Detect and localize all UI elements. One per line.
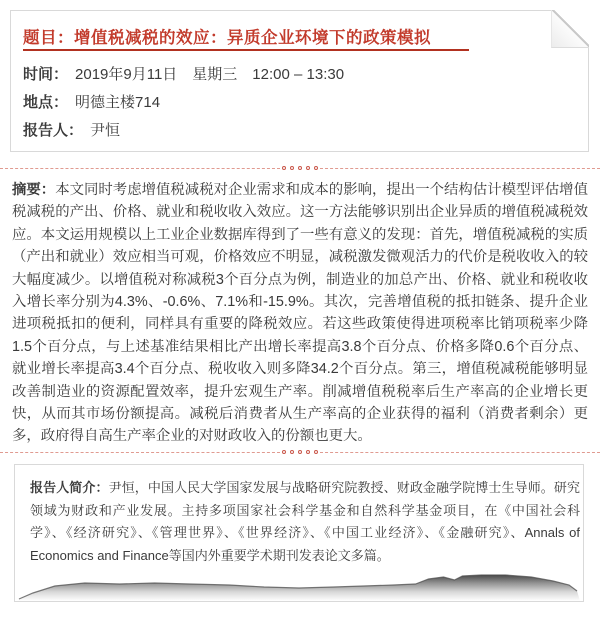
divider-ring-icon	[298, 450, 302, 454]
divider-ring-icon	[290, 450, 294, 454]
bio-text: 尹恒，中国人民大学国家发展与战略研究院教授、财政金融学院博士生导师。研究领域为财…	[30, 480, 580, 563]
bio-paragraph: 报告人简介：尹恒，中国人民大学国家发展与战略研究院教授、财政金融学院博士生导师。…	[30, 477, 580, 567]
divider-ring-icon	[282, 166, 286, 170]
info-row-time: 时间： 2019年9月11日 星期三 12:00 – 13:30	[23, 61, 344, 89]
abstract-text: 本文同时考虑增值税减税对企业需求和成本的影响，提出一个结构估计模型评估增值税减税…	[12, 182, 588, 444]
divider-ring-icon	[298, 166, 302, 170]
location-value: 明德主楼714	[75, 89, 160, 117]
location-label: 地点：	[23, 89, 68, 117]
title-underline	[23, 49, 469, 51]
info-row-location: 地点： 明德主楼714	[23, 89, 344, 117]
divider-dash-line	[0, 168, 280, 169]
info-row-speaker: 报告人： 尹恒	[23, 117, 344, 145]
bio-label: 报告人简介：	[30, 480, 109, 495]
header-card: 题目：增值税减税的效应：异质企业环境下的政策模拟 时间： 2019年9月11日 …	[10, 10, 589, 152]
divider-dash-line	[320, 452, 600, 453]
divider-dash-line	[320, 168, 600, 169]
abstract-label: 摘要：	[12, 182, 55, 198]
time-label: 时间：	[23, 61, 68, 89]
divider-ring-icon	[290, 166, 294, 170]
abstract-paragraph: 摘要：本文同时考虑增值税减税对企业需求和成本的影响，提出一个结构估计模型评估增值…	[12, 179, 588, 448]
divider-dash-line	[0, 452, 280, 453]
divider-ring-icon	[306, 166, 310, 170]
speaker-bio-card: 报告人简介：尹恒，中国人民大学国家发展与战略研究院教授、财政金融学院博士生导师。…	[14, 464, 584, 602]
divider-ring-icon	[306, 450, 310, 454]
divider-ring-icon	[314, 450, 318, 454]
seminar-announcement-page: 题目：增值税减税的效应：异质企业环境下的政策模拟 时间： 2019年9月11日 …	[0, 0, 600, 617]
seminar-title: 题目：增值税减税的效应：异质企业环境下的政策模拟	[23, 24, 563, 48]
divider-ring-icon	[314, 166, 318, 170]
torn-paper-edge	[15, 571, 583, 601]
section-divider-bottom	[0, 446, 600, 458]
divider-ring-icon	[282, 450, 286, 454]
time-value: 2019年9月11日 星期三 12:00 – 13:30	[75, 61, 344, 89]
seminar-info: 时间： 2019年9月11日 星期三 12:00 – 13:30 地点： 明德主…	[23, 61, 344, 145]
speaker-value: 尹恒	[90, 117, 120, 145]
speaker-label: 报告人：	[23, 117, 83, 145]
section-divider-top	[0, 162, 600, 174]
